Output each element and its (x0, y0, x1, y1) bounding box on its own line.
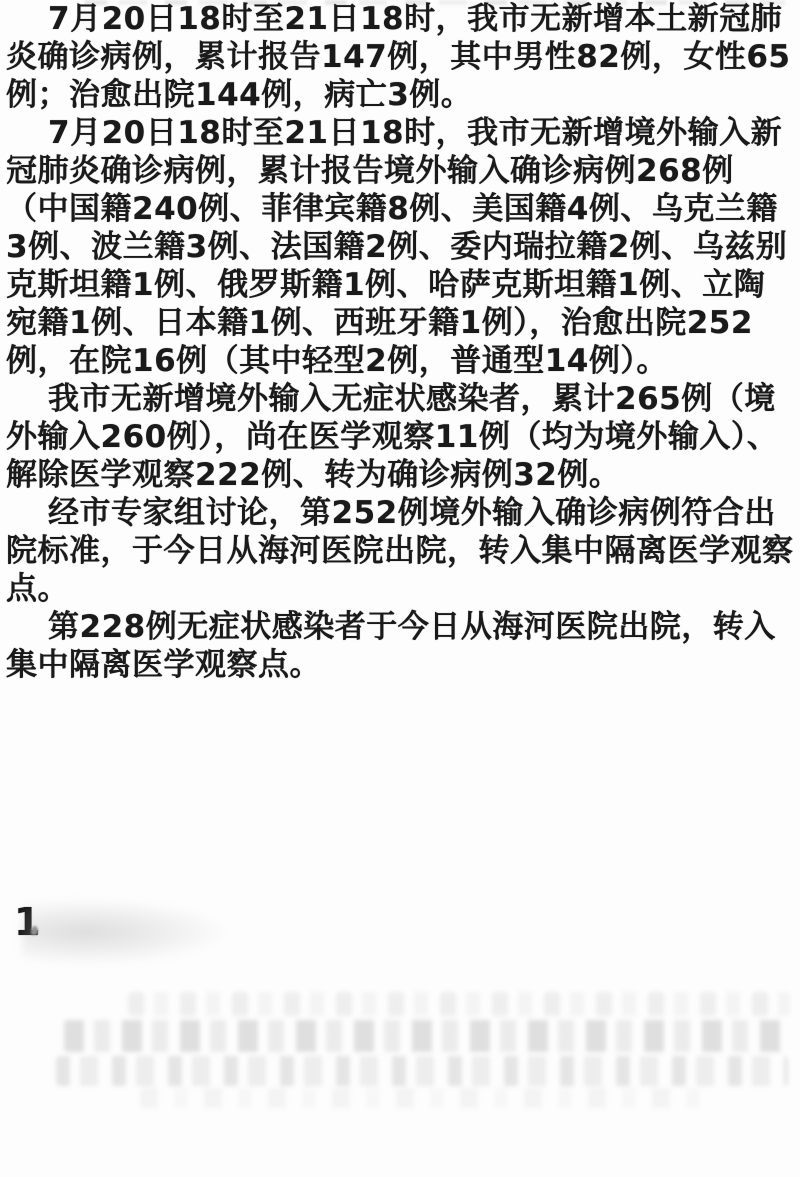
faded-text-row (64, 1020, 790, 1052)
paragraph-discharge-case-228: 第228例无症状感染者于今日从海河医院出院，转入集中隔离医学观察点。 (6, 608, 794, 684)
faded-text-artifact (0, 990, 800, 1120)
paragraph-asymptomatic-cases: 我市无新增境外输入无症状感染者，累计265例（境外输入260例），尚在医学观察1… (6, 380, 794, 494)
paragraph-imported-cases: 7月20日18时至21日18时，我市无新增境外输入新冠肺炎确诊病例，累计报告境外… (6, 114, 794, 380)
paragraph-discharge-case-252: 经市专家组讨论，第252例境外输入确诊病例符合出院标准，于今日从海河医院出院，转… (6, 494, 794, 608)
smudge-artifact (22, 886, 422, 988)
paragraph-local-cases: 7月20日18时至21日18时，我市无新增本土新冠肺炎确诊病例，累计报告147例… (6, 0, 794, 114)
faded-text-row (128, 992, 790, 1016)
article-body: 7月20日18时至21日18时，我市无新增本土新冠肺炎确诊病例，累计报告147例… (0, 0, 800, 684)
faded-text-row (56, 1056, 788, 1086)
article-page: 7月20日18时至21日18时，我市无新增本土新冠肺炎确诊病例，累计报告147例… (0, 0, 800, 1177)
faded-text-row (140, 1088, 700, 1108)
